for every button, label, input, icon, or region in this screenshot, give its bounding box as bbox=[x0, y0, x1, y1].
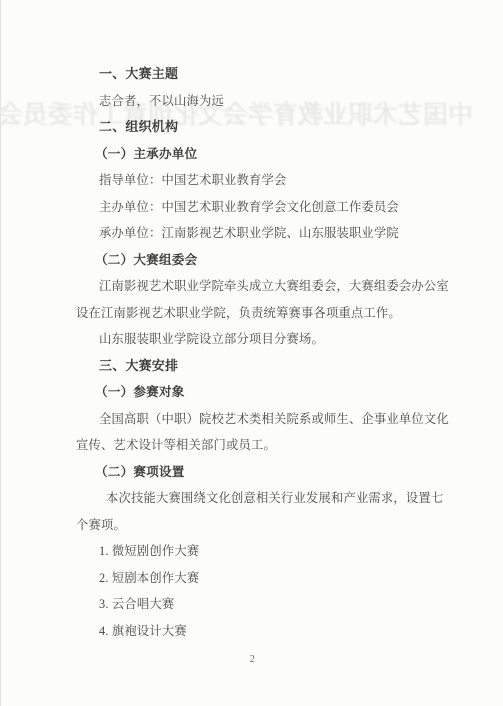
body-line-events-2: 个赛项。 bbox=[76, 512, 438, 539]
section-heading-1: 一、大赛主题 bbox=[99, 61, 438, 88]
body-line-events-1: 本次技能大赛围绕文化创意相关行业发展和产业需求，设置七 bbox=[106, 485, 438, 512]
body-line-committee-1: 江南影视艺术职业学院牵头成立大赛组委会，大赛组委会办公室 bbox=[99, 273, 438, 300]
subsection-heading-3-2: （二）赛项设置 bbox=[95, 459, 438, 486]
body-line-participants-2: 宣传、艺术设计等相关部门或员工。 bbox=[76, 432, 438, 459]
body-line-committee-2: 设在江南影视艺术职业学院，负责统筹赛事各项重点工作。 bbox=[76, 300, 438, 327]
section-heading-3: 三、大赛安排 bbox=[99, 353, 438, 380]
subsection-heading-2-2: （二）大赛组委会 bbox=[95, 247, 438, 274]
subsection-heading-3-1: （一）参赛对象 bbox=[95, 379, 438, 406]
list-item-event-2: 2. 短剧本创作大赛 bbox=[99, 565, 438, 592]
list-item-event-1: 1. 微短剧创作大赛 bbox=[99, 538, 438, 565]
body-line-participants-1: 全国高职（中职）院校艺术类相关院系或师生、企事业单位文化 bbox=[99, 406, 438, 433]
body-line-guiding-unit: 指导单位：中国艺术职业教育学会 bbox=[99, 167, 438, 194]
section-heading-2: 二、组织机构 bbox=[99, 114, 438, 141]
body-line-subvenue: 山东服装职业学院设立部分项目分赛场。 bbox=[99, 326, 438, 353]
body-line-host-unit: 主办单位：中国艺术职业教育学会文化创意工作委员会 bbox=[99, 194, 438, 221]
list-item-event-4: 4. 旗袍设计大赛 bbox=[99, 618, 438, 645]
subsection-heading-2-1: （一）主承办单位 bbox=[95, 141, 438, 168]
body-line-organizer-unit: 承办单位：江南影视艺术职业学院、山东服装职业学院 bbox=[99, 220, 438, 247]
body-line-theme: 志合者，不以山海为远 bbox=[99, 88, 438, 115]
list-item-event-3: 3. 云合唱大赛 bbox=[99, 591, 438, 618]
document-page: 一、大赛主题 志合者，不以山海为远 二、组织机构 （一）主承办单位 指导单位：中… bbox=[1, 0, 503, 706]
page-number: 2 bbox=[1, 654, 503, 665]
